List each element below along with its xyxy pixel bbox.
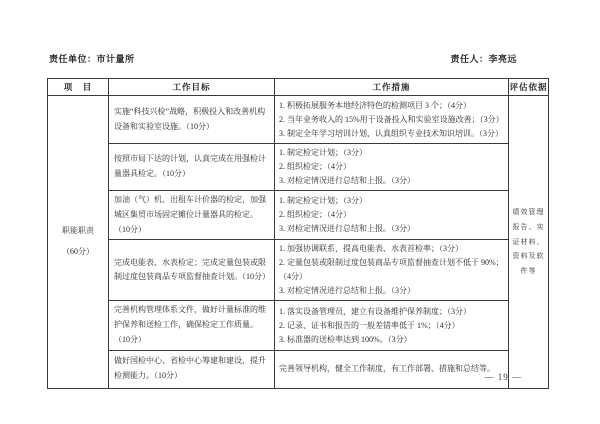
table-row: 做好国检中心、省检中心筹建和建设，提升检测能力。（10分） 完善领导机构，健全工… bbox=[48, 350, 549, 388]
measure-line: 1. 加强协调联系，提高电能表、水表首检率；（3分） bbox=[279, 242, 504, 256]
page-number: — 19 — bbox=[485, 372, 523, 382]
measure-line: 1. 落实设备管理员，建立有设备维护保养制度；（3分） bbox=[279, 305, 504, 319]
measure-line: 2. 组织检定；（4分） bbox=[279, 160, 504, 174]
table-header-row: 项 目 工作目标 工作措施 评估依据 bbox=[48, 79, 549, 96]
table-row: 按照市局下达的计划，认真完成在用强检计量器具检定。（10分） 1. 制定检定计划… bbox=[48, 144, 549, 191]
measure-line: 3. 对检定情况进行总结和上报。（3分） bbox=[279, 222, 504, 236]
measure-line: 3. 对检定情况进行总结和上报。（3分） bbox=[279, 174, 504, 188]
measures-cell: 1. 加强协调联系，提高电能表、水表首检率；（3分） 2. 定量包装或限制过度包… bbox=[275, 240, 509, 301]
goal-cell: 实施“科技兴检”战略，积极投入和改善机构设备和实验室设施。（10分） bbox=[109, 96, 275, 144]
evaluation-basis-cell: 绩效管理报告、实证材料、资料及软件等 bbox=[509, 96, 549, 389]
measures-cell: 1. 制定检定计划；（3分） 2. 组织检定；（4分） 3. 对检定情况进行总结… bbox=[275, 144, 509, 191]
goal-cell: 做好国检中心、省检中心筹建和建设，提升检测能力。（10分） bbox=[109, 350, 275, 388]
measure-line: 2. 当年业务收入的 15%用于设备投入和实验室设施改善；（3分） bbox=[279, 113, 504, 127]
measures-cell: 完善领导机构，健全工作制度，有工作部署、措施和总结等。 bbox=[275, 350, 509, 388]
measure-line: 3. 制定全年学习培训计划，认真组织专业技术知识培训。（3分） bbox=[279, 127, 504, 141]
table-row: 加油（气）机、出租车计价器的检定，加强城区集贸市场固定摊位计量器具的检定。（10… bbox=[48, 191, 549, 240]
project-name: 职能职责 bbox=[48, 221, 108, 242]
goal-cell: 按照市局下达的计划，认真完成在用强检计量器具检定。（10分） bbox=[109, 144, 275, 191]
measure-line: 1. 制定检定计划；（3分） bbox=[279, 146, 504, 160]
performance-evaluation-table: 项 目 工作目标 工作措施 评估依据 职能职责 （60分） 实施“科技兴检”战略… bbox=[47, 78, 549, 389]
goal-cell: 完成电能表、水表检定；完成定量包装或限制过度包装商品专项监督抽查计划。（10分） bbox=[109, 240, 275, 301]
table-row: 完善机构管理体系文件，做好计量标准的维护保养和送检工作，确保检定工作质量。（10… bbox=[48, 301, 549, 350]
measures-cell: 1. 制定检定计划；（3分） 2. 组织检定；（4分） 3. 对检定情况进行总结… bbox=[275, 191, 509, 240]
responsible-unit-label: 责任单位：市计量所 bbox=[49, 52, 135, 65]
table-row: 职能职责 （60分） 实施“科技兴检”战略，积极投入和改善机构设备和实验室设施。… bbox=[48, 96, 549, 144]
measure-line: 1. 积极拓展服务本地经济特色的检测项目 3 个；（4分） bbox=[279, 99, 504, 113]
document-header: 责任单位：市计量所 责任人：李亮远 bbox=[49, 52, 517, 65]
responsible-person-label: 责任人：李亮远 bbox=[450, 52, 517, 65]
measure-line: 1. 制定检定计划；（3分） bbox=[279, 194, 504, 208]
measure-line: 2. 定量包装或限制过度包装商品专项监督抽查计划不低于 90%；（4分） bbox=[279, 256, 504, 284]
column-header-project: 项 目 bbox=[48, 79, 109, 96]
measure-line: 2. 记录、证书和报告的一般差错率低于 1%；（4分） bbox=[279, 319, 504, 333]
measure-line: 3. 对检定情况进行总结和上报。（3分） bbox=[279, 284, 504, 298]
measure-line: 2. 组织检定；（4分） bbox=[279, 208, 504, 222]
project-score: （60分） bbox=[48, 242, 108, 263]
measure-line: 3. 标准器的送检率达到 100%。（3分） bbox=[279, 333, 504, 347]
project-cell: 职能职责 （60分） bbox=[48, 96, 109, 389]
table-row: 完成电能表、水表检定；完成定量包装或限制过度包装商品专项监督抽查计划。（10分）… bbox=[48, 240, 549, 301]
measures-cell: 1. 积极拓展服务本地经济特色的检测项目 3 个；（4分） 2. 当年业务收入的… bbox=[275, 96, 509, 144]
column-header-goal: 工作目标 bbox=[109, 79, 275, 96]
column-header-measures: 工作措施 bbox=[275, 79, 509, 96]
goal-cell: 完善机构管理体系文件，做好计量标准的维护保养和送检工作，确保检定工作质量。（10… bbox=[109, 301, 275, 350]
measures-cell: 1. 落实设备管理员，建立有设备维护保养制度；（3分） 2. 记录、证书和报告的… bbox=[275, 301, 509, 350]
goal-cell: 加油（气）机、出租车计价器的检定，加强城区集贸市场固定摊位计量器具的检定。（10… bbox=[109, 191, 275, 240]
measure-line: 完善领导机构，健全工作制度，有工作部署、措施和总结等。 bbox=[279, 362, 504, 376]
column-header-basis: 评估依据 bbox=[509, 79, 549, 96]
